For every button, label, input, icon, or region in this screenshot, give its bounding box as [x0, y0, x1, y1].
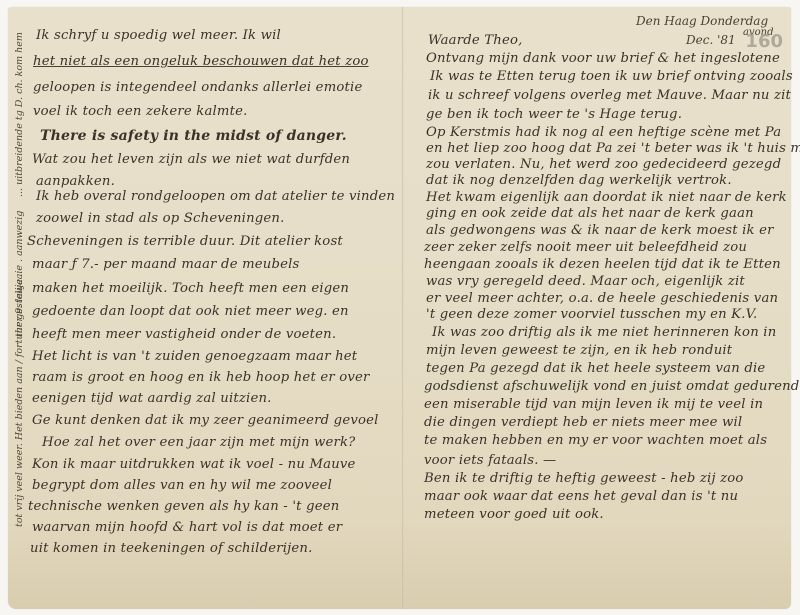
- text-line: voor iets fataals. —: [424, 453, 556, 468]
- text-line: heeft men meer vastigheid onder de voete…: [32, 327, 336, 342]
- text-line: mijn leven geweest te zijn, en ik heb ro…: [426, 343, 732, 358]
- folio-number: 160: [745, 31, 783, 52]
- text-line: als gedwongens was & ik naar de kerk moe…: [426, 223, 774, 238]
- place-date-line: Den Haag Donderdag: [636, 14, 768, 28]
- text-line: zoowel in stad als op Scheveningen.: [36, 211, 285, 226]
- text-line: Ik heb overal rondgeloopen om dat atelie…: [36, 189, 395, 204]
- text-line: technische wenken geven als hy kan - 't …: [28, 499, 339, 514]
- text-line: raam is groot en hoog en ik heb hoop het…: [32, 370, 370, 385]
- text-line: gedoente dan loopt dat ook niet meer weg…: [32, 304, 349, 319]
- text-line: ik u schreef volgens overleg met Mauve. …: [428, 88, 791, 103]
- text-line: een miserable tijd van mijn leven ik mij…: [424, 397, 763, 412]
- text-line: Ontvang mijn dank voor uw brief & het in…: [426, 51, 780, 66]
- text-line: Scheveningen is terrible duur. Dit ateli…: [27, 234, 343, 249]
- text-line: heengaan zooals ik dezen heelen tijd dat…: [424, 257, 781, 272]
- text-line: Ben ik te driftig te heftig geweest - he…: [424, 471, 744, 486]
- text-line: en het liep zoo hoog dat Pa zei 't beter…: [426, 141, 800, 156]
- text-line: Het licht is van 't zuiden genoegzaam ma…: [32, 349, 357, 364]
- text-line: eenigen tijd wat aardig zal uitzien.: [32, 391, 272, 406]
- text-line: maar ook waar dat eens het geval dan is …: [424, 489, 738, 504]
- text-line: Ik was te Etten terug toen ik uw brief o…: [430, 69, 793, 84]
- text-line: voel ik toch een zekere kalmte.: [33, 104, 248, 119]
- left-page: ... uitbreidende tg D. ch. kom hem ther …: [8, 7, 401, 609]
- text-line: die dingen verdiept heb er niets meer me…: [424, 415, 742, 430]
- text-line: waarvan mijn hoofd & hart vol is dat moe…: [32, 520, 342, 535]
- salutation: Waarde Theo,: [428, 33, 523, 48]
- text-line: zeer zeker zelfs nooit meer uit beleefdh…: [424, 240, 747, 255]
- text-line: Ik was zoo driftig als ik me niet herinn…: [432, 325, 776, 340]
- text-line: ging en ook zeide dat als het naar de ke…: [426, 206, 754, 221]
- text-line: was vry geregeld deed. Maar och, eigenli…: [426, 274, 745, 289]
- letter-sheet: ... uitbreidende tg D. ch. kom hem ther …: [8, 7, 791, 609]
- text-line: Wat zou het leven zijn als we niet wat d…: [32, 152, 350, 167]
- text-line: meteen voor goed uit ook.: [424, 507, 604, 522]
- text-line: Kon ik maar uitdrukken wat ik voel - nu …: [32, 457, 356, 472]
- text-line: ge ben ik toch weer te 's Hage terug.: [426, 107, 682, 122]
- text-line: maar ƒ 7.- per maand maar de meubels: [32, 257, 300, 272]
- text-line: begrypt dom alles van en hy wil me zoove…: [32, 478, 332, 493]
- text-line: het niet als een ongeluk beschouwen dat …: [33, 54, 369, 69]
- text-line: Ik schryf u spoedig wel meer. Ik wil: [36, 28, 281, 43]
- text-line: dat ik nog denzelfden dag werkelijk vert…: [426, 173, 732, 188]
- text-line: aanpakken.: [36, 174, 115, 189]
- right-page: Den Haag Donderdag avond Dec. '81 160 Wa…: [404, 7, 791, 609]
- text-line: tegen Pa gezegd dat ik het heele systeem…: [426, 361, 765, 376]
- text-line: Ge kunt denken dat ik my zeer geanimeerd…: [32, 413, 379, 428]
- text-line: 't geen deze zomer voorviel tusschen my …: [426, 307, 757, 322]
- text-line: Hoe zal het over een jaar zijn met mijn …: [42, 435, 355, 450]
- text-line: geloopen is integendeel ondanks allerlei…: [33, 80, 362, 95]
- text-line: godsdienst afschuwelijk vond en juist om…: [424, 379, 800, 394]
- text-line: Het kwam eigenlijk aan doordat ik niet n…: [426, 190, 787, 205]
- text-line: Op Kerstmis had ik nog al een heftige sc…: [426, 125, 781, 140]
- text-line: maken het moeilijk. Toch heeft men een e…: [32, 281, 349, 296]
- text-line: te maken hebben en my er voor wachten mo…: [424, 433, 767, 448]
- text-line: zou verlaten. Nu, het werd zoo gedecidee…: [426, 157, 781, 172]
- text-line: er veel meer achter, o.a. de heele gesch…: [426, 291, 778, 306]
- text-line: uit komen in teekeningen of schilderijen…: [30, 541, 313, 556]
- date-line: Dec. '81: [686, 33, 736, 47]
- text-line: There is safety in the midst of danger.: [40, 128, 347, 144]
